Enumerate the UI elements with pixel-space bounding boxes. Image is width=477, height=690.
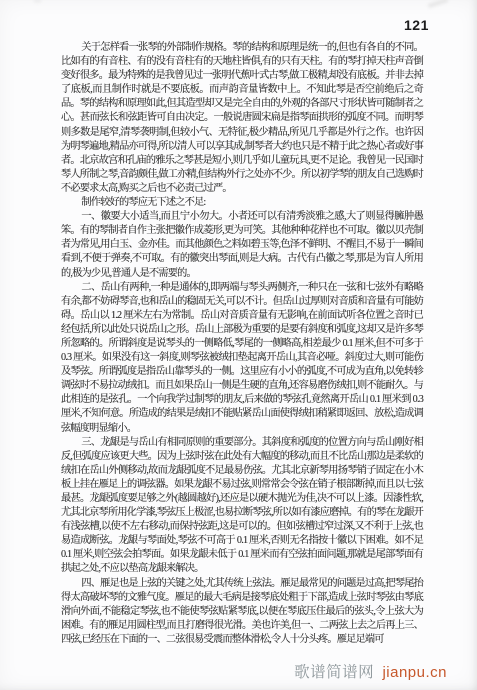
scan-artifact [428,0,448,8]
body-paragraph-intro: 关于怎样看一张琴的外部制作规格。琴的结构和原理是统一的,但也有各自的不同。比如有… [61,41,423,196]
body-text: 关于怎样看一张琴的外部制作规格。琴的结构和原理是统一的,但也有各自的不同。比如有… [61,41,423,647]
body-paragraph-item-4: 四、雁足也是上弦的关键之处,尤其传统上弦法。雁足最常见的问题是过高,把琴尾抬得太… [61,577,423,647]
page-number: 121 [404,17,429,33]
body-paragraph-item-1: 一、徽要大小适当,而且宁小勿大。小者还可以有清秀淡雅之感,大了则显得臃肿愚笨。有… [61,210,423,280]
scan-artifact [34,0,41,2]
book-page: 121 关于怎样看一张琴的外部制作规格。琴的结构和原理是统一的,但也有各自的不同… [0,0,477,690]
watermark: 歌谱简谱网 jianpu.cn [294,660,447,682]
watermark-site-url: jianpu.cn [382,664,447,681]
body-paragraph-lead-in: 制作较好的琴应无下述之不足: [61,196,423,210]
body-paragraph-item-3: 三、龙龈是与岳山有相同原则的重要部分。其斜度和弧度的位置方向与岳山刚好相反,但弧… [61,436,423,577]
body-paragraph-item-2: 二、岳山有两种,一种是通体的,即两端与琴头两侧齐,一种只在一弦和七弦外有略略有余… [61,281,423,436]
watermark-site-name: 歌谱简谱网 [294,664,374,681]
